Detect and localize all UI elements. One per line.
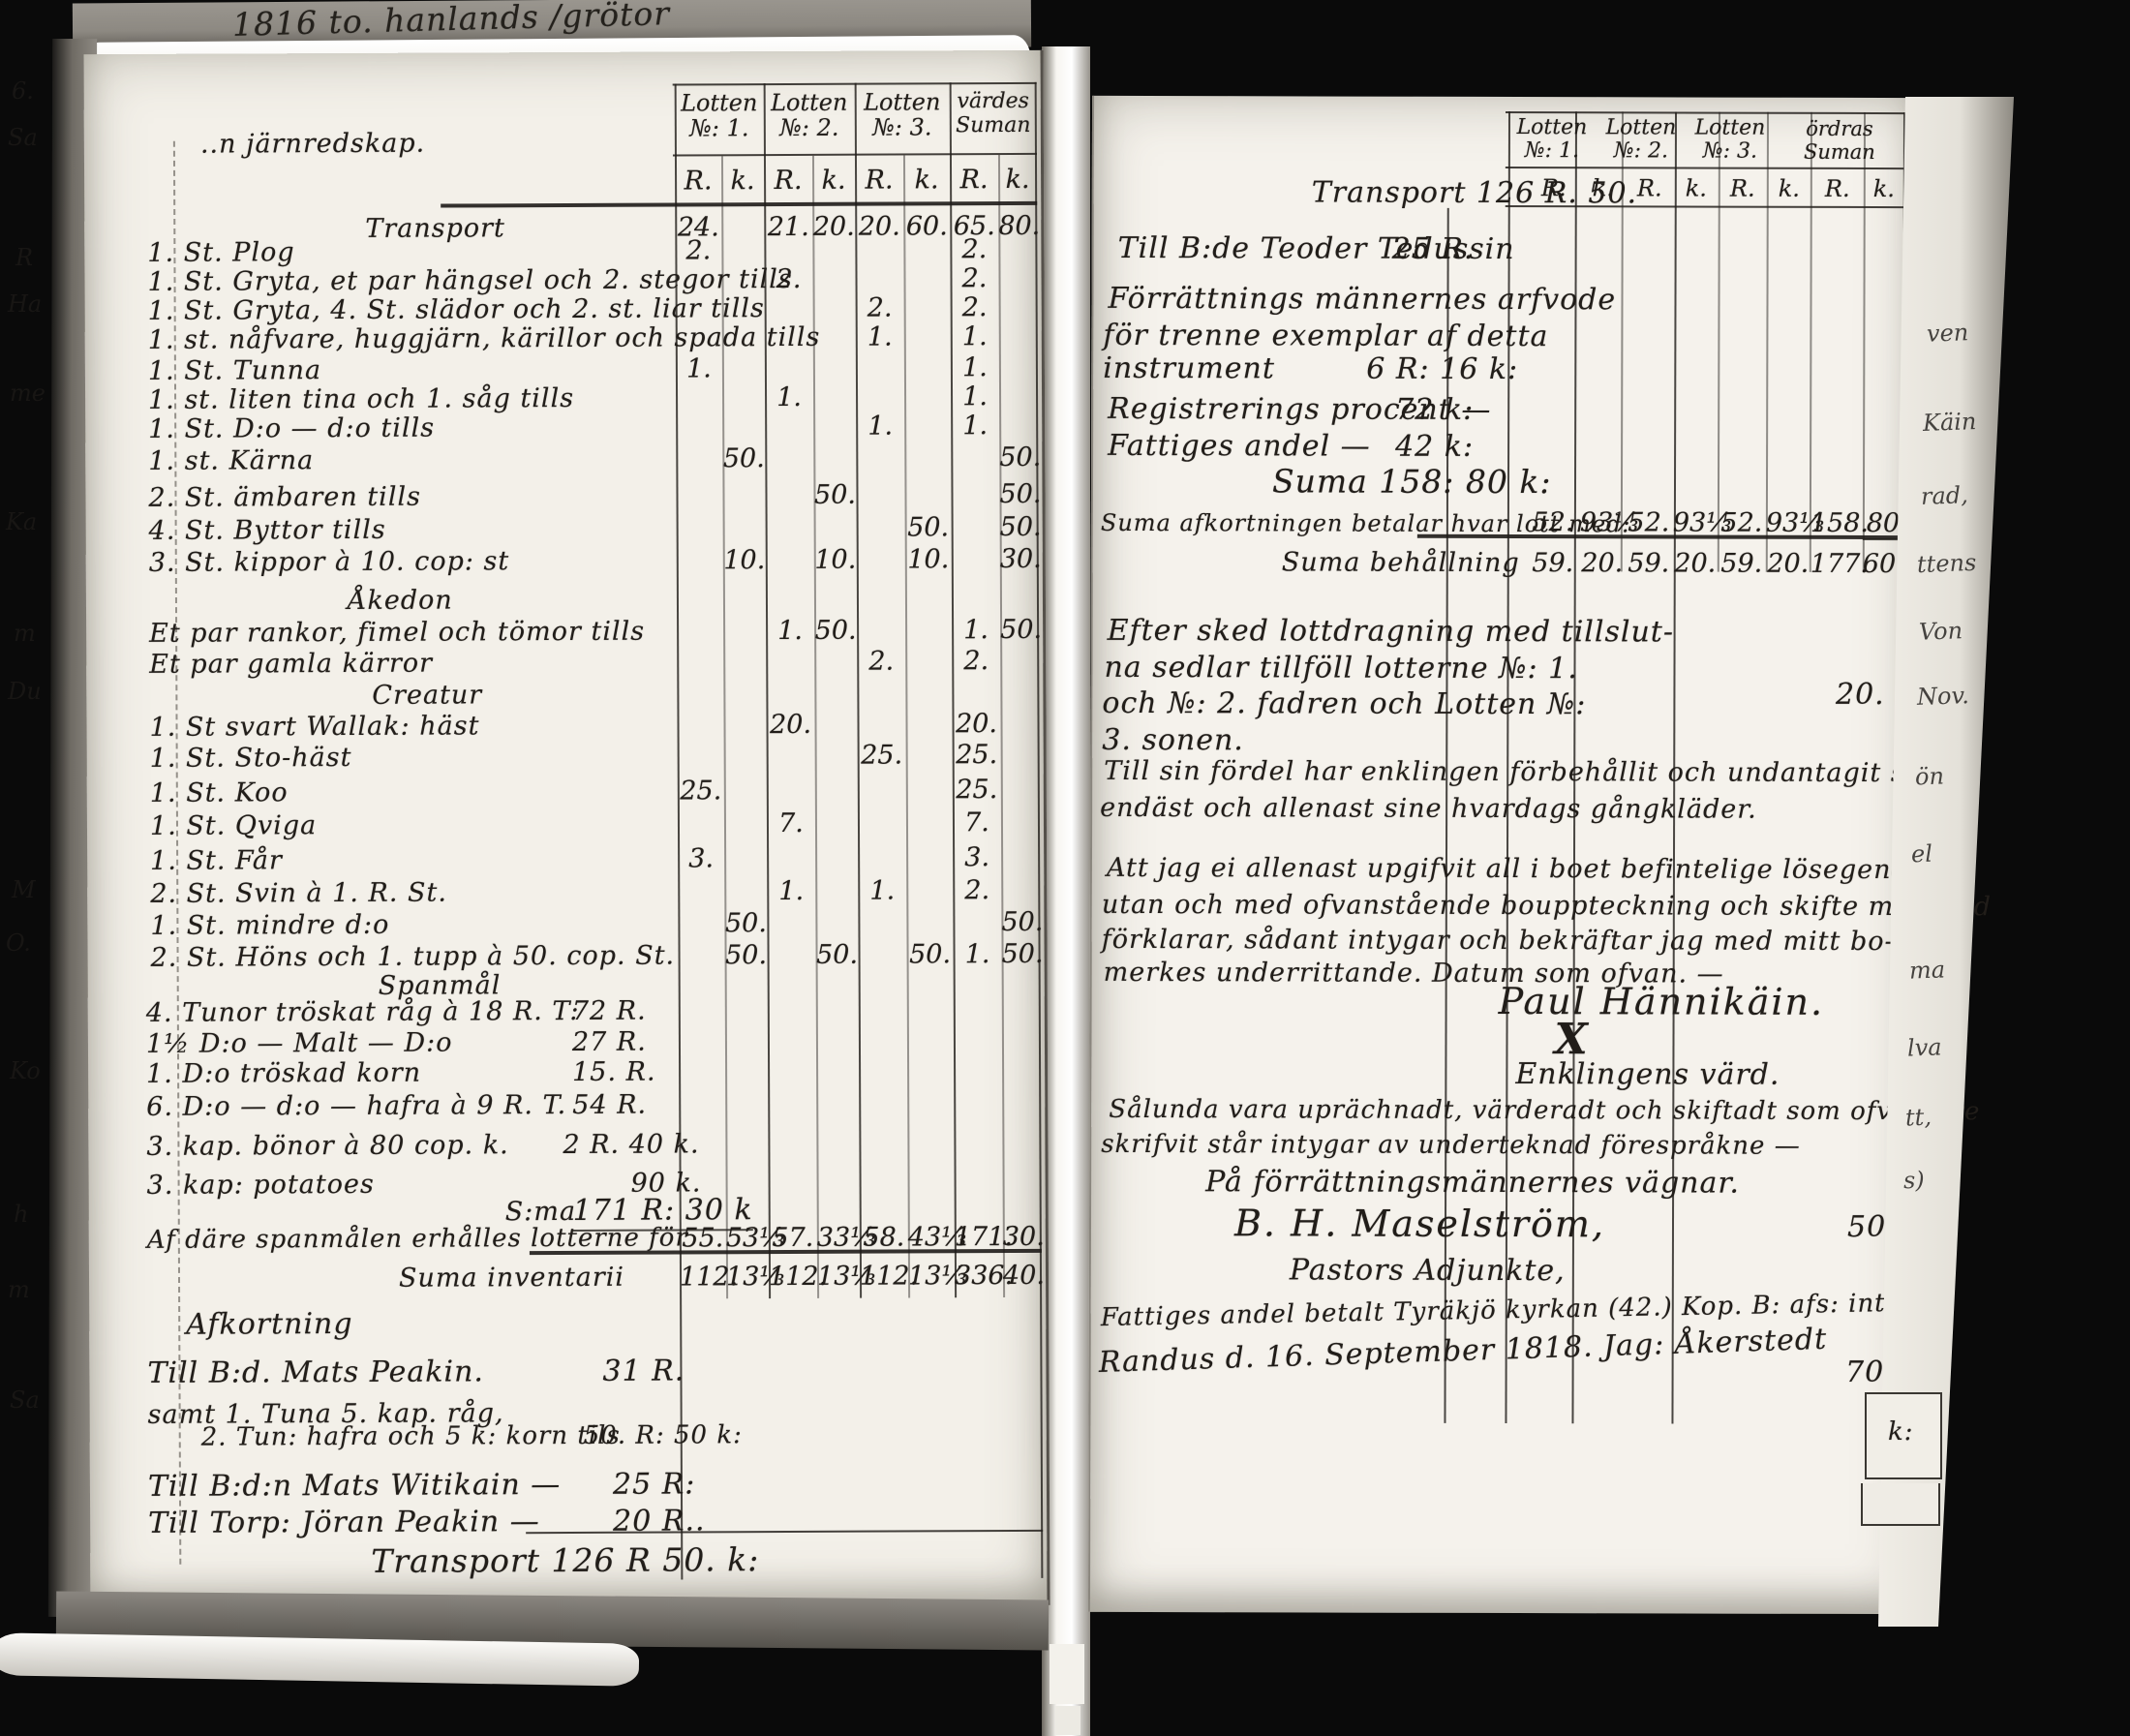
- left-page-heading: ..n järnredskap.: [200, 129, 425, 160]
- inventory-row: 3. St. kippor à 10. cop: st10.10.10.30.: [86, 544, 1043, 581]
- margin-fragment: Du: [8, 678, 42, 705]
- value: 3.: [678, 843, 724, 873]
- signature-official: B. H. Maselström,: [1234, 1202, 1605, 1245]
- footer-line: Randus d. 16. September 1818. Jag: Åkers…: [1098, 1323, 1827, 1380]
- grid-line: [1506, 167, 1904, 169]
- charge-row: instrument6 R: 16 k:: [1093, 351, 1916, 386]
- charge-row: för trenne exemplar af detta: [1093, 319, 1916, 353]
- unit-header: k.: [1767, 175, 1811, 202]
- value: 1.: [856, 321, 904, 351]
- value: 50.: [1000, 512, 1039, 542]
- edge-number: 50: [1847, 1210, 1886, 1244]
- amount: 42 k:: [1395, 430, 1474, 464]
- item-label: 1. St. mindre d:o: [150, 910, 389, 941]
- edge-fragment: el: [1911, 840, 1933, 868]
- row-label: Af däre spanmålen erhålles lotterne för: [147, 1223, 688, 1254]
- value: 7.: [953, 807, 1001, 838]
- margin-fragment: m: [8, 1276, 30, 1303]
- grain-row: 3. kap. bönor à 80 cop. k.2 R. 40 k.: [88, 1128, 1045, 1165]
- value: 25.: [858, 740, 906, 770]
- body-line: endäst och allenast sine hvardags gångkl…: [1100, 793, 1757, 825]
- value: 7.: [767, 808, 815, 838]
- item-label: 2. St. Höns och 1. tupp à 50. cop. St.: [151, 941, 676, 973]
- value: 50.: [1001, 939, 1040, 969]
- margin-fragment: m: [14, 620, 36, 647]
- value: 10.: [814, 545, 857, 575]
- margin-fragment: R: [15, 244, 33, 271]
- body-line: Efter sked lottdragning med tillslut-: [1108, 614, 1675, 650]
- margin-fragment: Ha: [8, 290, 42, 318]
- unit-header: k.: [903, 165, 950, 195]
- value: 50.: [999, 479, 1038, 509]
- charge-row: Förrättnings männernes arfvode: [1093, 282, 1916, 317]
- item-label: 1. St. Plog: [147, 237, 294, 268]
- unit-header: k:: [1888, 1417, 1914, 1447]
- unit-header: R.: [950, 165, 998, 195]
- value: 13⅓: [817, 1262, 860, 1292]
- column-header: Lotten №: 2.: [1598, 116, 1684, 163]
- item-label: 2. St. ämbaren tills: [148, 482, 421, 513]
- deduction-row: Till Torp: Jöran Peakin —20 R..: [90, 1503, 1047, 1539]
- transport-line: Transport 126 R. 50.: [1312, 175, 1637, 210]
- value: 336.: [955, 1261, 1003, 1291]
- amount: 31 R.: [602, 1354, 685, 1387]
- margin-fragment: O.: [6, 929, 31, 957]
- value: 25.: [953, 775, 1001, 805]
- value: 2.: [856, 292, 904, 322]
- lot-row: Af däre spanmålen erhålles lotterne för …: [89, 1222, 1046, 1259]
- unit-header: k.: [1674, 174, 1719, 201]
- value: 59.: [1718, 549, 1766, 579]
- signature-widower: Paul Hännikäin.: [1499, 980, 1825, 1023]
- charge-label: instrument: [1103, 351, 1275, 385]
- unit-header: k.: [1864, 175, 1904, 202]
- value: 33⅓: [817, 1223, 860, 1253]
- inventory-row: Et par gamla kärror2.2.: [86, 646, 1043, 683]
- corner-table-box: [1861, 1483, 1940, 1526]
- body-line: utan och med ofvanstående bouppteckning …: [1102, 890, 1992, 922]
- amount: 6 R: 16 k:: [1366, 352, 1518, 386]
- section-header: Afkortning: [186, 1307, 352, 1342]
- item-label: 3. St. kippor à 10. cop: st: [149, 546, 510, 578]
- value: 1.: [953, 939, 1001, 969]
- transport-bottom: Transport 126 R 50. k:: [371, 1540, 759, 1580]
- margin-fragment: M: [12, 876, 36, 903]
- item-label: 6. D:o — d:o — hafra à 9 R. T.: [146, 1090, 566, 1122]
- value: 1.: [767, 876, 815, 906]
- value: 50.: [725, 940, 768, 970]
- item-label: Et par gamla kärror: [149, 649, 433, 680]
- edge-number: 20.: [1836, 678, 1885, 712]
- left-page: ..n järnredskap. Lotten №: 1. Lotten №: …: [84, 50, 1050, 1609]
- amount: 72 k:: [1395, 393, 1474, 427]
- value: 3.: [953, 842, 1001, 872]
- value: 20.: [952, 709, 1000, 739]
- column-header: ördras Suman: [1777, 117, 1902, 164]
- signature-caption: Pastors Adjunkte,: [1290, 1253, 1566, 1288]
- edge-number: 70: [1845, 1355, 1884, 1389]
- item-label: 1. St. Gryta, 4. St. slädor och 2. st. l…: [148, 293, 765, 326]
- unit-header: k.: [721, 166, 764, 196]
- inventory-row: 1. St. Sto-häst25.25.: [87, 740, 1044, 777]
- unit-header: R.: [764, 166, 812, 196]
- column-header: värdes Suman: [952, 89, 1035, 137]
- value: 1.: [765, 382, 813, 412]
- body-line: förklarar, sådant intygar och bekräftar …: [1102, 925, 1895, 957]
- value: 2.: [951, 292, 999, 322]
- value: 20.: [1673, 548, 1718, 578]
- grain-row: 6. D:o — d:o — hafra à 9 R. T.54 R.: [88, 1088, 1045, 1125]
- item-label: 1. st. liten tina och 1. såg tills: [148, 383, 574, 415]
- column-header: Lotten №: 3.: [1686, 116, 1775, 163]
- value: 2.: [764, 264, 812, 294]
- value: 52.: [1718, 508, 1766, 538]
- value: 1.: [676, 353, 722, 383]
- unit-header: R.: [675, 166, 721, 196]
- value: 25.: [678, 776, 724, 806]
- amount: 15. R.: [572, 1057, 656, 1087]
- deduction-row: Till B:d:n Mats Witikain —25 R:: [90, 1466, 1047, 1503]
- page-corner-bit: [1050, 1644, 1084, 1704]
- value: 2.: [953, 875, 1001, 905]
- margin-fragment: Ka: [6, 508, 37, 535]
- item-label: 1. St. Koo: [150, 777, 289, 808]
- row-label: Suma behållning: [1282, 547, 1520, 578]
- value: 52.: [1526, 507, 1580, 537]
- item-label: 1. St. Tunna: [148, 355, 321, 386]
- value: 177.: [1810, 549, 1863, 579]
- value: 2.: [857, 646, 905, 676]
- value: 112.: [680, 1262, 726, 1292]
- amount: 50. R: 50 k:: [584, 1420, 743, 1450]
- value: 30.: [1003, 1222, 1042, 1252]
- body-line: Till sin fördel har enklingen förbehålli…: [1104, 756, 1932, 788]
- value: 1.: [856, 411, 904, 441]
- value: 1.: [858, 875, 906, 905]
- value: 20.: [766, 710, 814, 740]
- value: 59.: [1625, 548, 1673, 578]
- item-label: 3. kap: potatoes: [147, 1170, 375, 1201]
- unit-header: k.: [998, 165, 1037, 195]
- inventory-row: 1. St. Qviga7.7.: [87, 807, 1044, 844]
- value: 50.: [1001, 907, 1040, 937]
- value: 50.: [906, 939, 953, 969]
- sum-inventory-row: Suma inventarii 112.13⅓112.13⅓112.13⅓336…: [89, 1261, 1046, 1297]
- value: 40.: [1003, 1261, 1042, 1291]
- item-label: 1. St svart Wallak: häst: [149, 711, 479, 742]
- value: 55.: [680, 1223, 726, 1253]
- closing-line: skrifvit står intygar av underteknad för…: [1101, 1130, 1801, 1161]
- edge-fragment: Von: [1919, 617, 1963, 646]
- value: 10.: [723, 545, 766, 575]
- suma-line: Suma 158: 80 k:: [1272, 462, 1552, 501]
- value: 59.: [1526, 548, 1580, 578]
- value: 50.: [724, 908, 767, 938]
- item-label: 1½ D:o — Malt — D:o: [146, 1028, 453, 1059]
- value: 57.: [769, 1223, 817, 1253]
- item-label: Till B:d:n Mats Witikain —: [148, 1468, 561, 1504]
- margin-fragment: Ko: [10, 1057, 41, 1084]
- value: 30.: [1000, 544, 1039, 574]
- transport-bracket-line: [441, 201, 1037, 208]
- value: 2.: [952, 646, 1000, 676]
- charge-row: Till B:de Teoder Tedussin25 R.: [1094, 231, 1917, 266]
- page-corner-bit: [1055, 1706, 1080, 1735]
- value: 20.: [1766, 549, 1810, 579]
- value: 53⅓: [726, 1223, 769, 1253]
- grain-row: 1. D:o tröskad korn15. R.: [88, 1055, 1045, 1092]
- charge-row: Registrerings procent —72 k:: [1093, 392, 1916, 427]
- value: 1.: [951, 352, 999, 382]
- item-label: Till B:d. Mats Peakin.: [147, 1355, 484, 1390]
- item-label: 1. St. Qviga: [150, 810, 317, 841]
- closing-line: På förrättningsmännernes vägnar.: [1205, 1165, 1740, 1200]
- value: 80: [1863, 508, 1903, 540]
- inventory-row: 1. St. Får3.3.: [87, 842, 1044, 879]
- item-label: 1. St. Får: [150, 845, 283, 876]
- body-line: Att jag ei allenast upgifvit all i boet …: [1107, 853, 1952, 885]
- edge-fragment: s): [1903, 1167, 1926, 1195]
- item-label: 2. St. Svin à 1. R. St.: [150, 878, 447, 909]
- amount: 2 R. 40 k.: [563, 1129, 699, 1160]
- value: 58.: [860, 1222, 908, 1252]
- item-label: 4. Tunor tröskat råg à 18 R. T:: [146, 996, 580, 1028]
- value: 25.: [953, 740, 1001, 770]
- edge-fragment: Käin: [1923, 408, 1977, 437]
- value: 50.: [813, 480, 856, 510]
- inventory-row: 1. St. Koo25.25.: [87, 775, 1044, 811]
- value: 50.: [815, 940, 858, 970]
- body-line: och №: 2. fadren och Lotten №:: [1102, 686, 1586, 721]
- deduction-row: Till B:d. Mats Peakin.31 R.: [89, 1353, 1046, 1389]
- column-header: Lotten №: 1.: [677, 90, 762, 140]
- value: 1.: [951, 411, 999, 441]
- unit-header: R.: [1811, 175, 1864, 202]
- amount: 54 R.: [572, 1090, 647, 1120]
- value: 2.: [950, 263, 998, 293]
- item-label: 1. st. Kärna: [148, 445, 314, 476]
- charge-row: Fattiges andel —42 k:: [1093, 429, 1916, 464]
- charge-label: Fattiges andel —: [1108, 429, 1371, 464]
- inventory-row: 1. St. mindre d:o50.50.: [87, 907, 1044, 944]
- amount: 25 R:: [613, 1467, 696, 1501]
- unit-header: k.: [812, 166, 855, 196]
- margin-fragment: 6.: [12, 77, 34, 105]
- charge-label: Förrättnings männernes arfvode: [1108, 282, 1616, 317]
- value: 50.: [722, 443, 765, 473]
- item-label: 1. D:o tröskad korn: [146, 1058, 421, 1089]
- inventory-row: 4. St. Byttor tills50.50.: [86, 512, 1043, 549]
- edge-fragment: ven: [1927, 319, 1969, 347]
- closing-line: Sålunda vara uprächnadt, värderadt och s…: [1109, 1095, 1980, 1126]
- inventory-row: 2. St. Svin à 1. R. St.1.1.2.: [87, 875, 1044, 912]
- column-header: Lotten №: 2.: [766, 90, 853, 140]
- body-line: 3. sonen.: [1102, 723, 1244, 757]
- section-header: Åkedon: [348, 586, 453, 616]
- value: 2.: [675, 235, 721, 265]
- value: 112.: [769, 1262, 817, 1292]
- value: 93⅓: [1580, 507, 1625, 537]
- sum-label: S:ma: [505, 1197, 576, 1227]
- edge-fragment: ma: [1909, 956, 1946, 984]
- value: 1.: [766, 616, 814, 646]
- edge-fragment: rad,: [1921, 481, 1969, 510]
- item-label: 1. St. Sto-häst: [150, 743, 352, 774]
- row-label: Suma inventarii: [399, 1263, 624, 1294]
- column-header: Lotten №: 1.: [1507, 116, 1597, 163]
- edge-fragment: ön: [1915, 762, 1945, 790]
- amount: 72 R.: [572, 996, 647, 1026]
- item-label: Et par rankor, fimel och tömor tills: [149, 617, 645, 649]
- value: 13⅓: [726, 1262, 769, 1292]
- amount: 27 R.: [572, 1027, 647, 1057]
- unit-header: R.: [855, 165, 903, 195]
- item-label: 2. Tun: hafra och 5 k: korn tils: [201, 1421, 621, 1452]
- margin-fragment: h: [14, 1201, 28, 1228]
- edge-fragment: lva: [1907, 1033, 1943, 1061]
- amount: 20 R..: [613, 1504, 706, 1538]
- item-label: Till Torp: Jöran Peakin —: [148, 1505, 540, 1540]
- section-header: Creatur: [372, 680, 482, 710]
- value: 1.: [952, 615, 1000, 645]
- right-page: Lotten №: 1. Lotten №: 2. Lotten №: 3. ö…: [1088, 96, 1917, 1614]
- value: 1.: [951, 381, 999, 411]
- edge-fragment: tt,: [1905, 1104, 1932, 1132]
- grid-line: [1506, 111, 1904, 114]
- value: 52.: [1625, 507, 1673, 537]
- inventory-row: 2. St. Höns och 1. tupp à 50. cop. St.50…: [88, 939, 1045, 976]
- value: 50.: [814, 616, 857, 646]
- value: 20.: [1580, 548, 1625, 578]
- deduction-sum-row: Suma afkortningen betalar hvar lott med:…: [1093, 506, 1916, 541]
- amount: 25 R.: [1392, 232, 1475, 266]
- margin-fragment: me: [10, 380, 46, 407]
- item-label: 1. St. Gryta, et par hängsel och 2. steg…: [147, 264, 792, 297]
- value: 43⅓: [908, 1222, 955, 1252]
- balance-sum-row: Suma behållning 59.20.59.20.59.20.177.60…: [1093, 547, 1916, 582]
- charge-label: för trenne exemplar af detta: [1103, 319, 1548, 353]
- value: 93⅓: [1673, 507, 1718, 537]
- margin-fragment: Sa: [10, 1386, 40, 1414]
- value: 50.: [999, 442, 1038, 472]
- item-label: 3. kap. bönor à 80 cop. k.: [146, 1130, 508, 1162]
- deduction-row: 2. Tun: hafra och 5 k: korn tils50. R: 5…: [90, 1419, 1047, 1456]
- inventory-row: 1. St. D:o — d:o tills1.1.: [85, 411, 1042, 447]
- value: 158.: [1810, 508, 1863, 538]
- value: 50.: [1000, 615, 1039, 645]
- value: 2.: [950, 234, 998, 264]
- inventory-row: 2. St. ämbaren tills50.50.: [85, 479, 1042, 516]
- signature-caption: Enklingens värd.: [1515, 1057, 1780, 1092]
- value: 10.: [905, 544, 952, 574]
- edge-fragment: Nov.: [1917, 682, 1970, 711]
- item-label: 1. st. nåfvare, huggjärn, kärillor och s…: [148, 322, 821, 355]
- value: 93⅓: [1766, 508, 1810, 538]
- value: 50.: [905, 512, 952, 542]
- value: 171.: [955, 1222, 1003, 1252]
- margin-fragment: Sa: [8, 124, 38, 151]
- value: 112.: [860, 1261, 908, 1291]
- value: 13⅓: [908, 1261, 955, 1291]
- column-header: Lotten №: 3.: [857, 89, 948, 139]
- unit-header: R.: [1719, 175, 1767, 202]
- edge-fragment: ttens: [1917, 549, 1977, 578]
- body-line: na sedlar tillföll lotterne №: 1.: [1104, 651, 1577, 685]
- inventory-row: 1. st. Kärna50.50.: [85, 442, 1042, 479]
- corner-table-box: k:: [1865, 1392, 1942, 1479]
- value: 1.: [951, 321, 999, 351]
- scanned-document: 1816 to. hanlands /grötor 6. Sa R Ha me …: [0, 0, 2130, 1736]
- item-label: 1. St. D:o — d:o tills: [148, 413, 435, 444]
- item-label: 4. St. Byttor tills: [149, 515, 386, 546]
